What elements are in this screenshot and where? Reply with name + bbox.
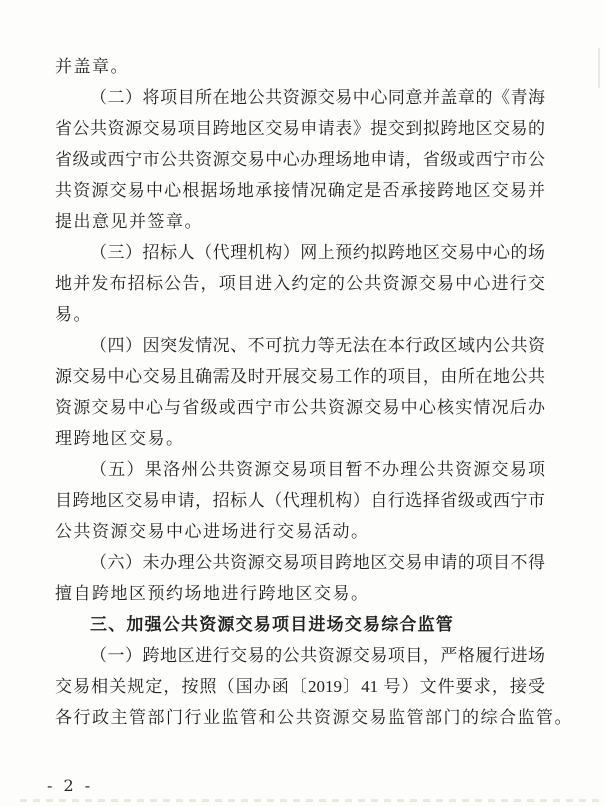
text-line: 共资源交易中心根据场地承接情况确定是否承接跨地区交易并 xyxy=(55,175,545,206)
text-line: （五）果洛州公共资源交易项目暂不办理公共资源交易项 xyxy=(55,454,545,485)
text-line: 省级或西宁市公共资源交易中心办理场地申请，省级或西宁市公 xyxy=(55,144,545,175)
document-page: 并盖章。（二）将项目所在地公共资源交易中心同意并盖章的《青海省公共资源交易项目跨… xyxy=(0,0,604,806)
text-line: （一）跨地区进行交易的公共资源交易项目，严格履行进场 xyxy=(55,640,545,671)
text-line: 源交易中心交易且确需及时开展交易工作的项目，由所在地公共 xyxy=(55,361,545,392)
text-line: （六）未办理公共资源交易项目跨地区交易申请的项目不得 xyxy=(55,547,545,578)
page-number: - 2 - xyxy=(47,776,93,795)
text-line: 理跨地区交易。 xyxy=(55,423,545,454)
text-line: 地并发布招标公告，项目进入约定的公共资源交易中心进行交 xyxy=(55,268,545,299)
text-line: 资源交易中心与省级或西宁市公共资源交易中心核实情况后办 xyxy=(55,392,545,423)
text-line: （二）将项目所在地公共资源交易中心同意并盖章的《青海 xyxy=(55,82,545,113)
text-line: 并盖章。 xyxy=(55,51,545,82)
text-line: 易。 xyxy=(55,299,545,330)
text-line: 擅自跨地区预约场地进行跨地区交易。 xyxy=(55,578,545,609)
text-line: （三）招标人（代理机构）网上预约拟跨地区交易中心的场 xyxy=(55,237,545,268)
text-line: （四）因突发情况、不可抗力等无法在本行政区域内公共资 xyxy=(55,330,545,361)
scan-artifact-right-edge xyxy=(598,48,600,88)
text-line: 交易相关规定，按照（国办函〔2019〕41 号）文件要求，接受 xyxy=(55,671,545,702)
text-line: 公共资源交易中心进场进行交易活动。 xyxy=(55,516,545,547)
text-line: 提出意见并签章。 xyxy=(55,206,545,237)
document-body: 并盖章。（二）将项目所在地公共资源交易中心同意并盖章的《青海省公共资源交易项目跨… xyxy=(55,51,545,733)
text-line: 省公共资源交易项目跨地区交易申请表》提交到拟跨地区交易的 xyxy=(55,113,545,144)
scan-artifact-bottom-band xyxy=(20,799,604,802)
section-heading: 三、加强公共资源交易项目进场交易综合监管 xyxy=(55,609,545,640)
text-line: 目跨地区交易申请，招标人（代理机构）自行选择省级或西宁市 xyxy=(55,485,545,516)
text-line: 各行政主管部门行业监管和公共资源交易监管部门的综合监管。 xyxy=(55,702,545,733)
